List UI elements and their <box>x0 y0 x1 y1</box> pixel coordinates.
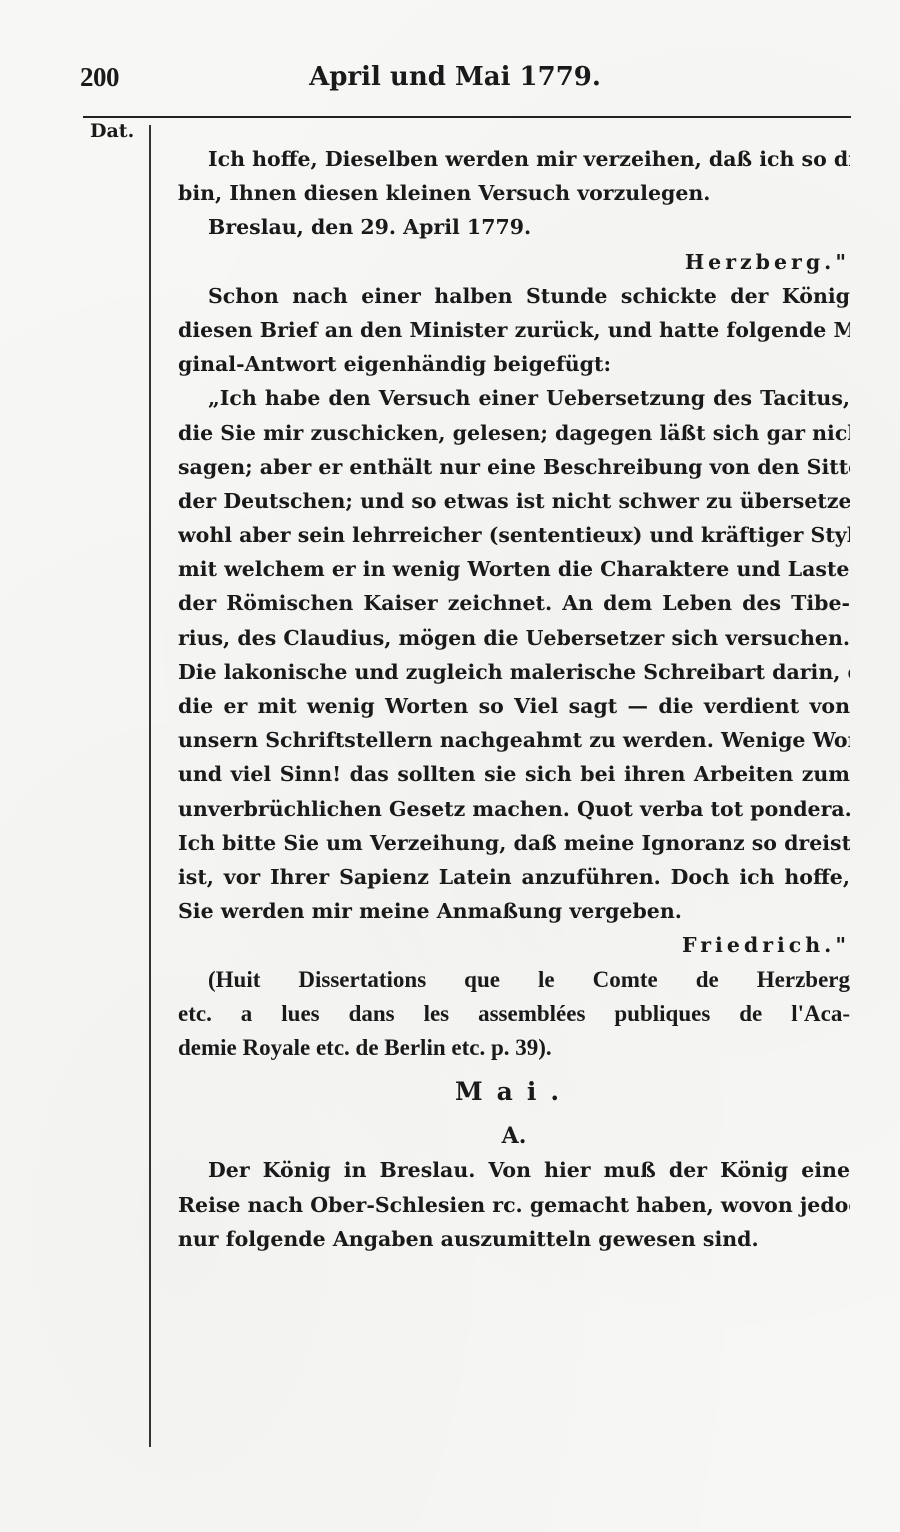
text-line: nur folgende Angaben auszumitteln gewese… <box>178 1222 850 1256</box>
citation-line: demie Royale etc. de Berlin etc. p. 39). <box>178 1031 850 1065</box>
text-line: Ich hoffe, Dieselben werden mir verzeihe… <box>178 142 850 176</box>
header-rule <box>83 116 851 118</box>
text-line: und viel Sinn! das sollten sie sich bei … <box>178 757 850 791</box>
text-line: mit welchem er in wenig Worten die Chara… <box>178 552 850 586</box>
running-header: April und Mai 1779. <box>0 62 900 92</box>
text-line: die Sie mir zuschicken, gelesen; dagegen… <box>178 416 850 450</box>
section-heading: A. <box>178 1119 850 1153</box>
book-page: 200 April und Mai 1779. Dat. Ich hoffe, … <box>0 0 900 1532</box>
letter-place-date: Breslau, den 29. April 1779. <box>178 210 850 244</box>
text-line: der Deutschen; und so etwas ist nicht sc… <box>178 484 850 518</box>
text-line: die er mit wenig Worten so Viel sagt — d… <box>178 689 850 723</box>
text-line: der Römischen Kaiser zeichnet. An dem Le… <box>178 586 850 620</box>
text-line: rius, des Claudius, mögen die Uebersetze… <box>178 621 850 655</box>
spacer <box>178 1109 850 1119</box>
text-line: wohl aber sein lehrreicher (sententieux)… <box>178 518 850 552</box>
text-line: Sie werden mir meine Anmaßung vergeben. <box>178 894 850 928</box>
citation-line: (Huit Dissertations que le Comte de Herz… <box>178 963 850 997</box>
spacer <box>178 1065 850 1075</box>
citation-line: etc. a lues dans les assemblées publique… <box>178 997 850 1031</box>
body-text: Ich hoffe, Dieselben werden mir verzeihe… <box>178 142 850 1256</box>
text-line: bin, Ihnen diesen kleinen Versuch vorzul… <box>178 176 850 210</box>
margin-date-label: Dat. <box>90 120 134 142</box>
text-line: ist, vor Ihrer Sapienz Latein anzuführen… <box>178 860 850 894</box>
text-line: Reise nach Ober-Schlesien rc. gemacht ha… <box>178 1188 850 1222</box>
month-heading: Mai. <box>178 1075 850 1109</box>
king-signature: Friedrich." <box>178 928 850 962</box>
text-line: Schon nach einer halben Stunde schickte … <box>178 279 850 313</box>
text-line: Ich bitte Sie um Verzeihung, daß meine I… <box>178 826 850 860</box>
letter-signature: Herzberg." <box>178 245 850 279</box>
text-line: ginal-Antwort eigenhändig beigefügt: <box>178 347 850 381</box>
text-line: unsern Schriftstellern nachgeahmt zu wer… <box>178 723 850 757</box>
text-line: diesen Brief an den Minister zurück, und… <box>178 313 850 347</box>
text-line: unverbrüchlichen Gesetz machen. Quot ver… <box>178 792 850 826</box>
text-line: „Ich habe den Versuch einer Uebersetzung… <box>178 381 850 415</box>
text-line: Die lakonische und zugleich malerische S… <box>178 655 850 689</box>
text-line: Der König in Breslau. Von hier muß der K… <box>178 1153 850 1187</box>
margin-rule <box>149 125 151 1447</box>
text-line: sagen; aber er enthält nur eine Beschrei… <box>178 450 850 484</box>
